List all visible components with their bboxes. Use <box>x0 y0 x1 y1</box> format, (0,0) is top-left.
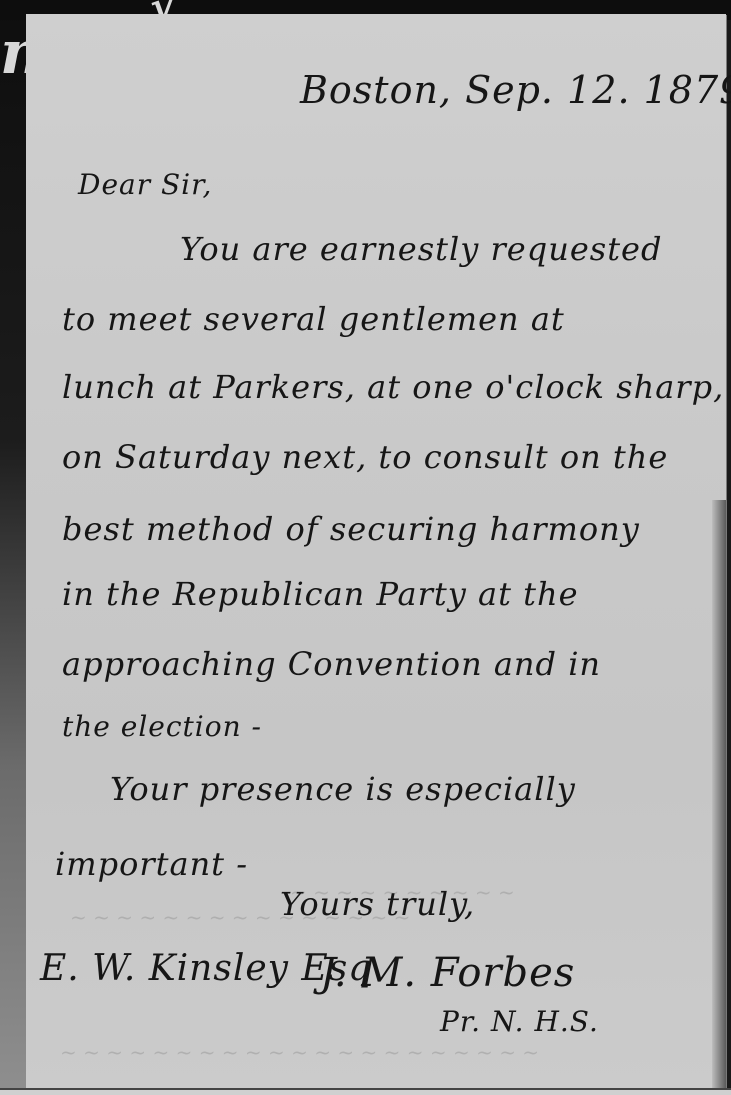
body-line: the election - <box>62 710 262 743</box>
body-line: lunch at Parkers, at one o'clock sharp, <box>62 368 724 406</box>
paper-right-shadow <box>712 500 726 1090</box>
closing: Yours truly, <box>280 885 475 923</box>
body-line: to meet several gentlemen at <box>62 300 565 338</box>
signature: J. M. Forbes <box>320 950 575 996</box>
body-line: Your presence is especially <box>110 770 576 808</box>
body-line: important - <box>55 845 248 883</box>
salutation: Dear Sir, <box>78 168 212 201</box>
body-line: You are earnestly requested <box>180 230 662 268</box>
place-date: Boston, Sep. 12. 1879 <box>300 68 731 112</box>
body-line: on Saturday next, to consult on the <box>62 438 668 476</box>
body-line: in the Republican Party at the <box>62 575 579 613</box>
body-line: best method of securing harmony <box>62 510 640 548</box>
signature-title: Pr. N. H.S. <box>440 1005 599 1038</box>
bleed-through-text: ~ ~ ~ ~ ~ ~ ~ ~ ~ ~ ~ ~ ~ ~ ~ ~ ~ ~ ~ ~ … <box>60 1040 539 1064</box>
bottom-border <box>0 1088 731 1095</box>
body-line: approaching Convention and in <box>62 645 601 683</box>
